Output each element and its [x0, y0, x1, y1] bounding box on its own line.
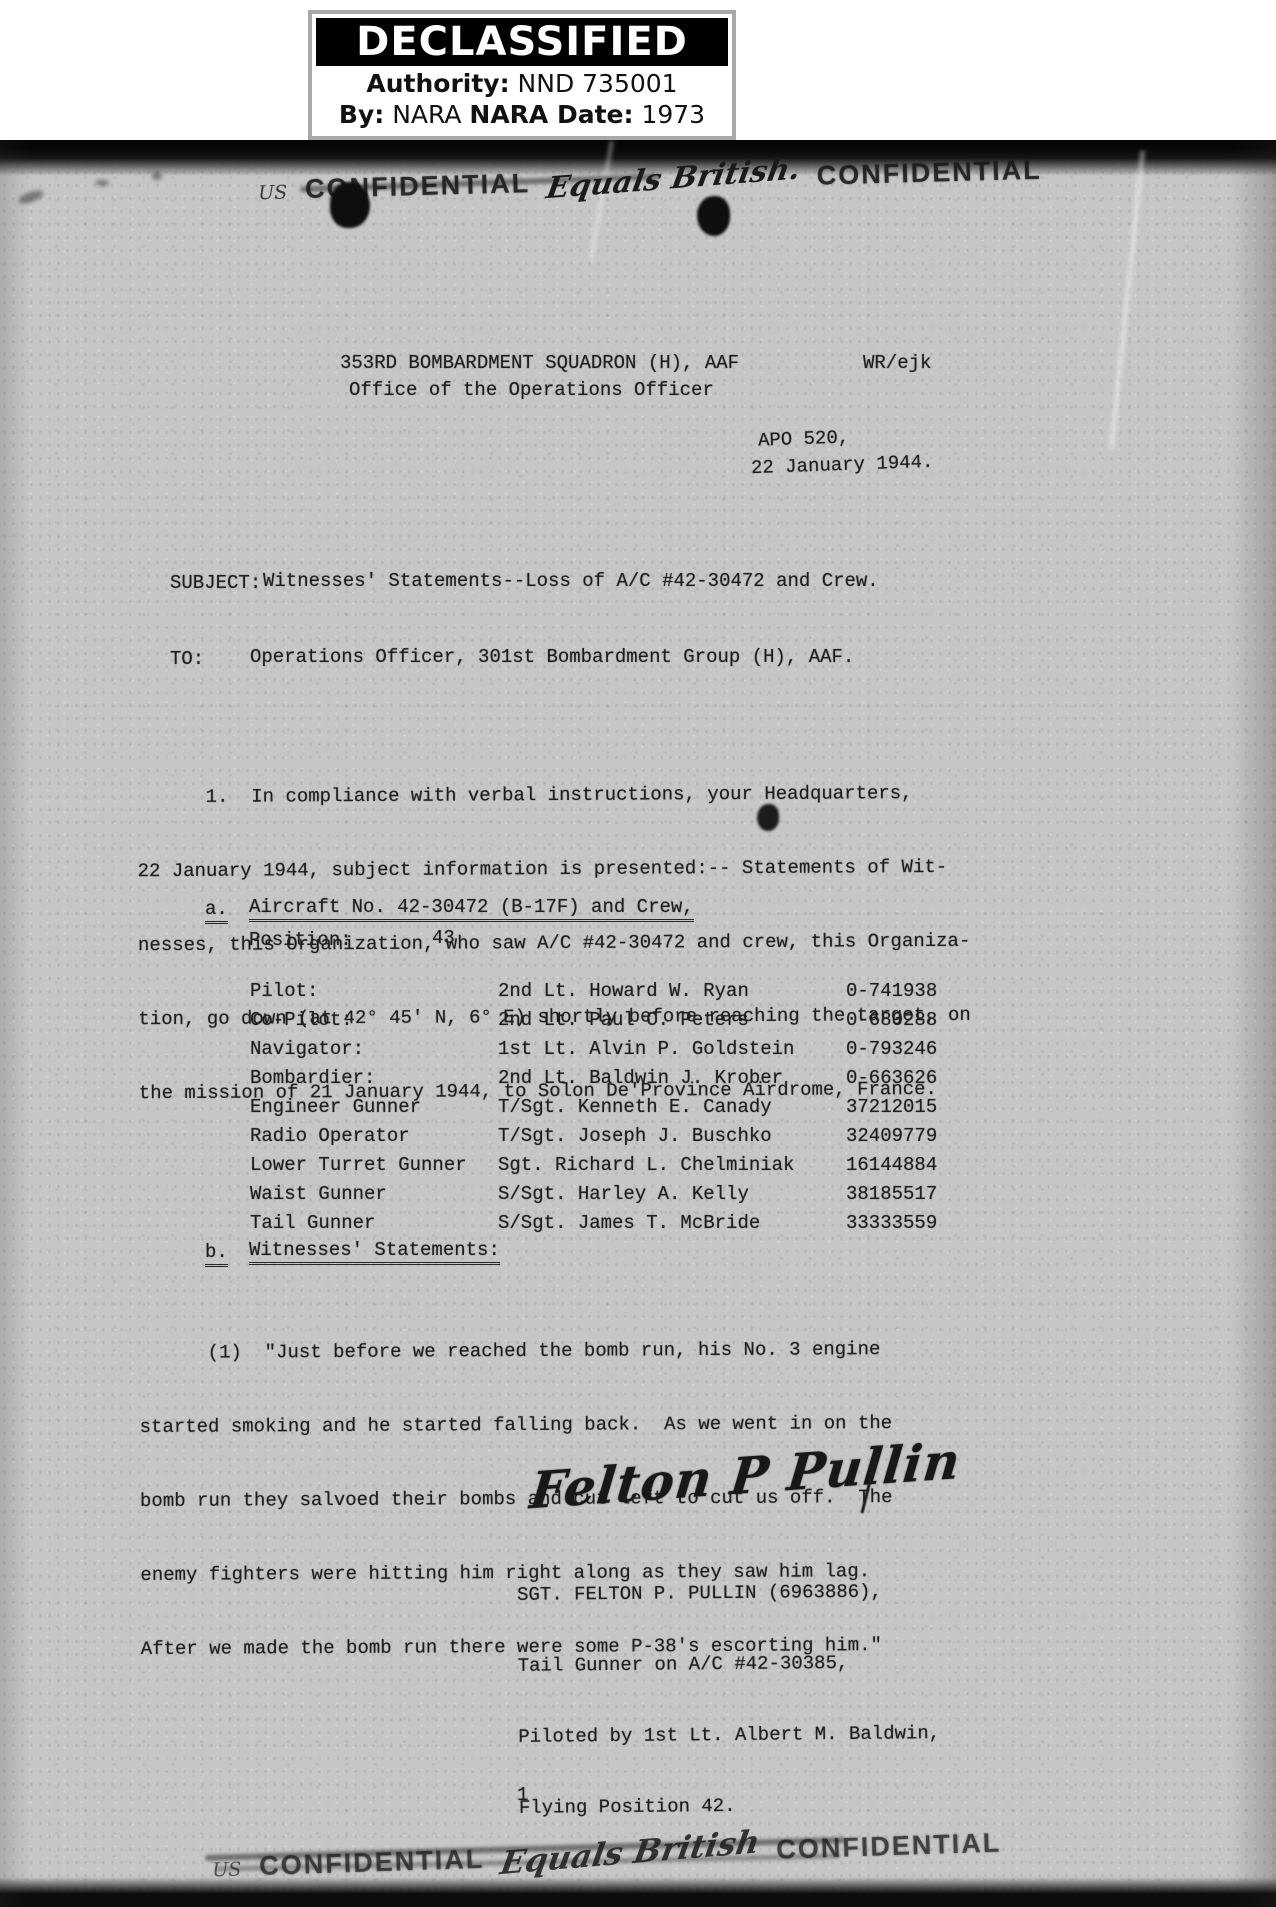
by-label: By:	[339, 100, 384, 129]
pen-smudge	[95, 180, 109, 186]
signature-role-line: Tail Gunner on A/C #42-30385,	[518, 1649, 940, 1680]
ink-blob	[330, 182, 370, 228]
crew-row: Navigator:1st Lt. Alvin P. Goldstein0-79…	[250, 1016, 1130, 1045]
crew-row: Tail GunnerS/Sgt. James T. McBride333335…	[250, 1190, 1130, 1219]
crew-row: Waist GunnerS/Sgt. Harley A. Kelly381855…	[250, 1161, 1130, 1190]
signature-position-line: Flying Position 42.	[519, 1791, 941, 1822]
crew-row: Lower Turret GunnerSgt. Richard L. Chelm…	[250, 1132, 1130, 1161]
signature-block: SGT. FELTON P. PULLIN (6963886), Tail Gu…	[517, 1534, 942, 1866]
ink-blob	[697, 196, 730, 236]
paragraph-1-line: 1. In compliance with verbal instruction…	[137, 778, 969, 812]
letterhead-line2: Office of the Operations Officer	[349, 379, 714, 401]
reference-initials: WR/ejk	[863, 352, 931, 374]
by-value: NARA	[384, 100, 469, 129]
crew-row: Radio OperatorT/Sgt. Joseph J. Buschko32…	[250, 1103, 1130, 1132]
crew-row: Engineer GunnerT/Sgt. Kenneth E. Canady3…	[250, 1074, 1130, 1103]
scan-right-shadow	[1230, 140, 1276, 1907]
section-b-label: b.	[205, 1241, 228, 1267]
confidential-stamp-right: CONFIDENTIAL	[816, 155, 1042, 192]
crew-row: Pilot:2nd Lt. Howard W. Ryan0-741938	[250, 958, 1130, 987]
crew-table: Pilot:2nd Lt. Howard W. Ryan0-741938 Co-…	[250, 958, 1130, 1219]
us-mark: US	[258, 182, 288, 205]
position-label: Position:	[249, 929, 352, 951]
section-a-heading: Aircraft No. 42-30472 (B-17F) and Crew,	[249, 896, 694, 922]
paragraph-1-line: 22 January 1944, subject information is …	[138, 852, 970, 886]
to-label: TO:	[170, 648, 204, 670]
signature-name-line: SGT. FELTON P. PULLIN (6963886),	[517, 1578, 939, 1609]
witness-statement-line: (1) "Just before we reached the bomb run…	[139, 1334, 892, 1368]
pen-smudge	[152, 172, 162, 180]
declassified-title: DECLASSIFIED	[316, 18, 728, 66]
scan-bottom-edge	[0, 1877, 1276, 1907]
by-line: By: NARA NARA Date: 1973	[312, 99, 732, 130]
authority-line: Authority: NND 735001	[312, 68, 732, 99]
witness-statement-line: started smoking and he started falling b…	[140, 1408, 893, 1442]
authority-label: Authority:	[366, 69, 509, 98]
crew-row: Co-Pilot:2nd Lt. Paul C. Peters0-680288	[250, 987, 1130, 1016]
crew-serial: 33333559	[846, 1212, 937, 1234]
crease-mark	[1109, 151, 1144, 450]
section-b-heading: Witnesses' Statements:	[249, 1239, 500, 1265]
scanned-document: US CONFIDENTIAL Equals British. CONFIDEN…	[0, 140, 1276, 1907]
date-line: 22 January 1944.	[751, 451, 934, 479]
letterhead-line1: 353RD BOMBARDMENT SQUADRON (H), AAF	[340, 352, 739, 374]
nara-date-value: 1973	[634, 100, 706, 129]
signature-pilot-line: Piloted by 1st Lt. Albert M. Baldwin,	[518, 1720, 940, 1751]
nara-date-label: NARA Date:	[469, 100, 633, 129]
crew-name: S/Sgt. James T. McBride	[498, 1212, 760, 1234]
subject-label: SUBJECT:	[170, 572, 261, 594]
scan-left-shadow	[0, 140, 30, 1907]
declassified-banner: DECLASSIFIED Authority: NND 735001 By: N…	[308, 10, 736, 140]
apo-line: APO 520,	[758, 426, 850, 451]
position-value: 43	[432, 927, 455, 949]
crew-row: Bombardier:2nd Lt. Baldwin J. Krober0-66…	[250, 1045, 1130, 1074]
authority-value: NND 735001	[510, 69, 678, 98]
to-text: Operations Officer, 301st Bombardment Gr…	[250, 646, 854, 668]
subject-text: Witnesses' Statements--Loss of A/C #42-3…	[263, 570, 879, 592]
page-number: 1	[517, 1784, 528, 1806]
section-a-label: a.	[205, 898, 228, 924]
ink-blob	[757, 804, 779, 831]
confidential-stamp-right: CONFIDENTIAL	[776, 1828, 1002, 1866]
crew-role: Tail Gunner	[250, 1212, 375, 1234]
